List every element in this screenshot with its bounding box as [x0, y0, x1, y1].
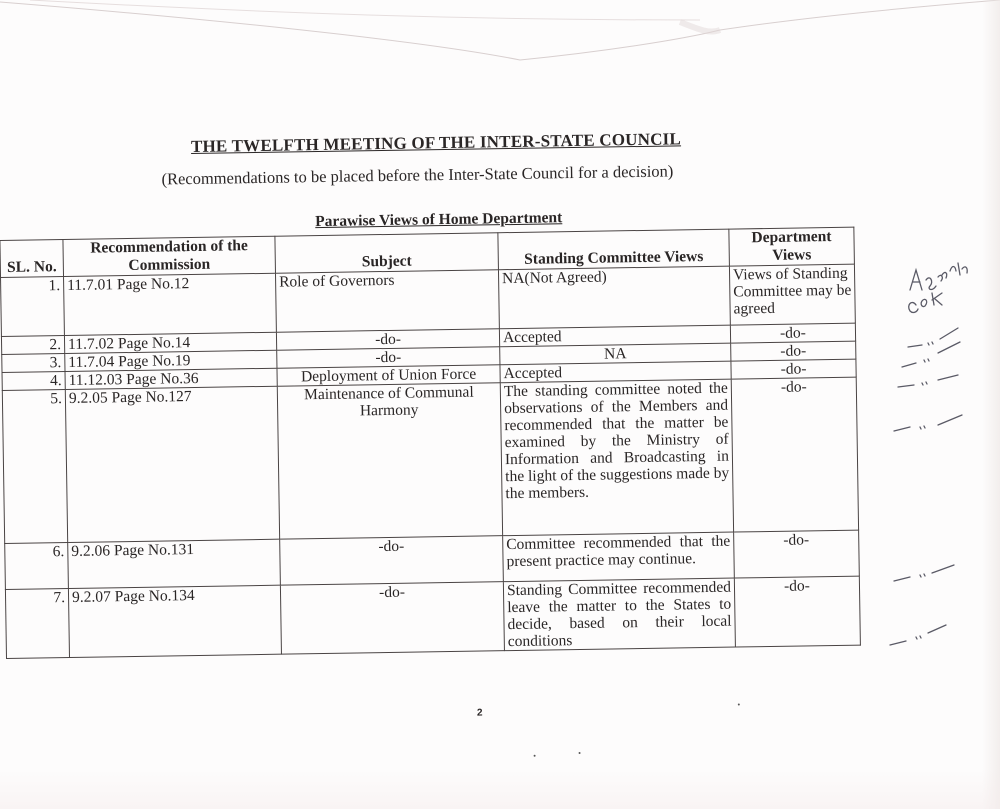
cell-recommendation: 9.2.07 Page No.134 [68, 585, 281, 657]
header-sl-no: SL. No. [0, 240, 64, 278]
cell-department-views: -do- [731, 377, 858, 532]
cell-sl-no: 4. [2, 372, 65, 391]
document-page: THE TWELFTH MEETING OF THE INTER-STATE C… [0, 0, 1000, 809]
cell-recommendation: 9.2.06 Page No.131 [68, 539, 281, 588]
header-subject: Subject [275, 233, 499, 273]
cell-department-views: -do- [731, 341, 856, 361]
cell-department-views: -do- [734, 576, 860, 647]
scan-speck [534, 755, 536, 757]
scan-speck [579, 752, 581, 754]
cell-department-views: -do- [730, 323, 855, 343]
cell-recommendation: 11.7.01 Page No.12 [64, 273, 277, 335]
document-title: THE TWELFTH MEETING OF THE INTER-STATE C… [191, 129, 681, 157]
cell-department-views: Views of Standing Committee may be agree… [729, 264, 855, 325]
cell-sl-no: 3. [2, 354, 65, 373]
header-recommendation: Recommendation of the Commission [63, 236, 276, 276]
table-row: 7. 9.2.07 Page No.134 -do- Standing Comm… [5, 576, 860, 658]
cell-sl-no: 5. [2, 390, 67, 544]
cell-standing-committee-views: Committee recommended that the present p… [503, 532, 735, 582]
scan-speck [738, 703, 740, 705]
header-standing-committee-views: Standing Committee Views [498, 229, 730, 270]
section-heading: Parawise Views of Home Department [315, 209, 562, 231]
cell-sl-no: 7. [5, 589, 69, 659]
cell-subject: Role of Governors [275, 270, 499, 332]
cell-subject: -do- [280, 536, 504, 585]
table-row: 5. 9.2.05 Page No.127 Maintenance of Com… [2, 377, 858, 543]
cell-department-views: -do- [731, 359, 856, 379]
cell-standing-committee-views: The standing committee noted the observa… [500, 379, 733, 536]
cell-subject: -do- [280, 582, 504, 654]
parawise-views-table: SL. No. Recommendation of the Commission… [0, 227, 861, 659]
cell-department-views: -do- [734, 530, 860, 578]
cell-standing-committee-views: NA(Not Agreed) [498, 266, 730, 329]
cell-sl-no: 1. [1, 277, 65, 337]
cell-recommendation: 9.2.05 Page No.127 [65, 386, 279, 542]
page-number: 2 [477, 708, 483, 719]
cell-sl-no: 2. [1, 336, 64, 355]
cell-standing-committee-views: Standing Committee recommended leave the… [503, 578, 735, 651]
document-subtitle: (Recommendations to be placed before the… [161, 161, 673, 189]
header-department-views: Department Views [729, 227, 855, 266]
cell-subject: Maintenance of Communal Harmony [277, 383, 502, 539]
cell-sl-no: 6. [5, 543, 69, 590]
